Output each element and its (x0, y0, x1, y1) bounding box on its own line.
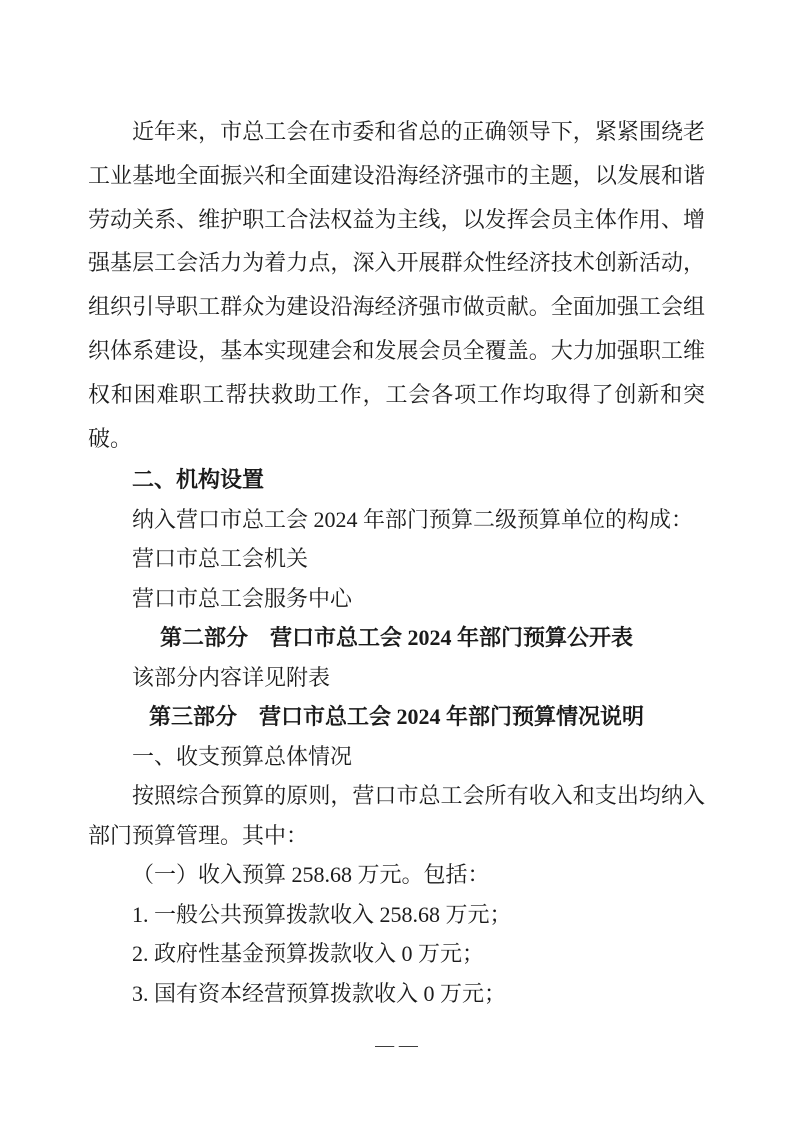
part2-heading: 第二部分 营口市总工会 2024 年部门预算公开表 (88, 618, 705, 658)
budget-unit-2: 营口市总工会服务中心 (88, 579, 705, 619)
document-page: 近年来，市总工会在市委和省总的正确领导下，紧紧围绕老工业基地全面振兴和全面建设沿… (0, 0, 793, 1121)
budget-overview-heading: 一、收支预算总体情况 (88, 737, 705, 777)
budget-unit-1: 营口市总工会机关 (88, 539, 705, 579)
page-number: — — (0, 1035, 793, 1057)
intro-paragraph: 近年来，市总工会在市委和省总的正确领导下，紧紧围绕老工业基地全面振兴和全面建设沿… (88, 110, 705, 460)
income-item-1: 1. 一般公共预算拨款收入 258.68 万元； (88, 895, 705, 935)
document-content: 近年来，市总工会在市委和省总的正确领导下，紧紧围绕老工业基地全面振兴和全面建设沿… (88, 110, 705, 1013)
income-total-line: （一）收入预算 258.68 万元。包括： (88, 855, 705, 895)
income-item-3: 3. 国有资本经营预算拨款收入 0 万元； (88, 974, 705, 1014)
section-heading-org-setup: 二、机构设置 (88, 460, 705, 500)
part3-heading: 第三部分 营口市总工会 2024 年部门预算情况说明 (88, 697, 705, 737)
see-attached-table-line: 该部分内容详见附表 (88, 658, 705, 698)
budget-principle-paragraph: 按照综合预算的原则，营口市总工会所有收入和支出均纳入部门预算管理。其中： (88, 776, 705, 855)
budget-units-intro-line: 纳入营口市总工会 2024 年部门预算二级预算单位的构成： (88, 500, 705, 540)
income-item-2: 2. 政府性基金预算拨款收入 0 万元； (88, 934, 705, 974)
